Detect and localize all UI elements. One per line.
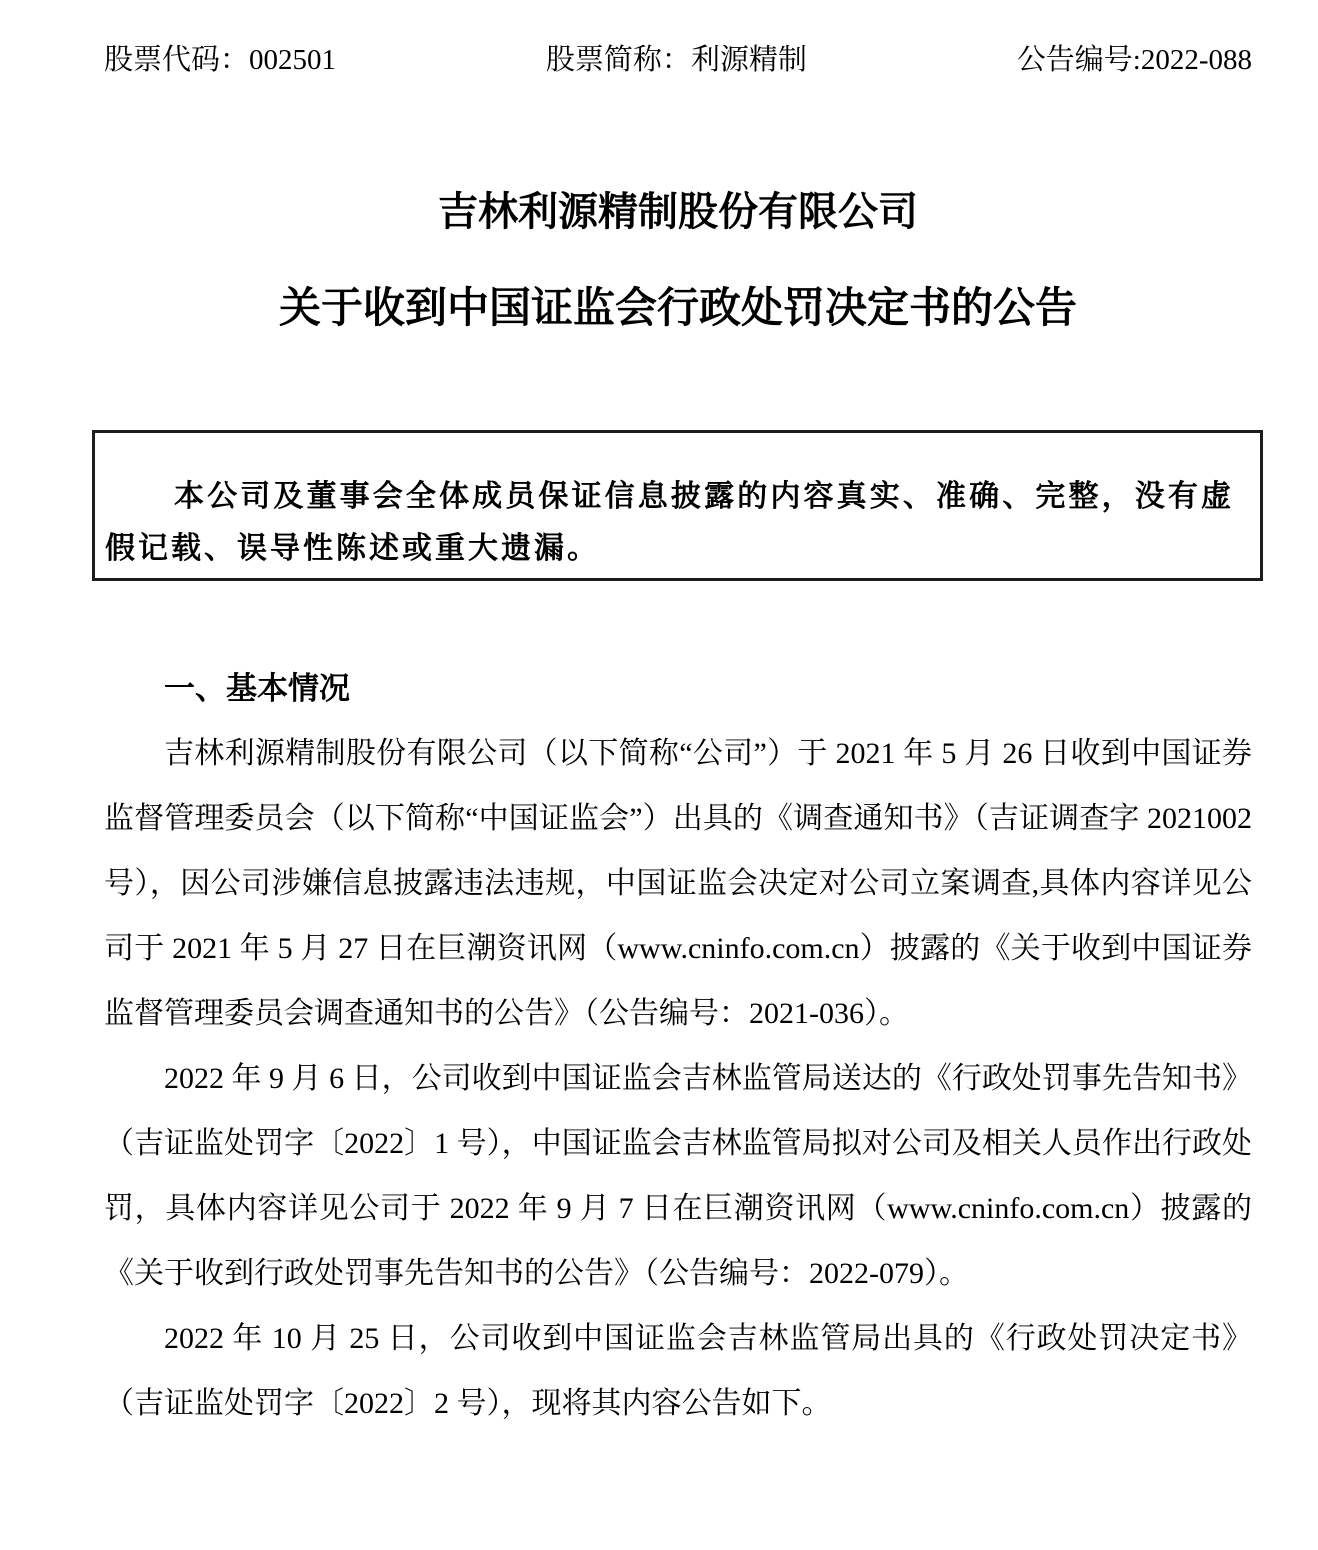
announcement-page: 股票代码：002501 股票简称：利源精制 公告编号:2022-088 吉林利源…: [0, 0, 1318, 1550]
disclaimer-text: 本公司及董事会全体成员保证信息披露的内容真实、准确、完整，没有虚假记载、误导性陈…: [105, 471, 1234, 575]
company-name-title: 吉林利源精制股份有限公司: [104, 188, 1252, 236]
paragraph-penalty-decision: 2022 年 10 月 25 日，公司收到中国证监会吉林监管局出具的《行政处罚决…: [104, 1306, 1252, 1436]
stock-short-name-label: 股票简称：利源精制: [546, 42, 807, 78]
announcement-number-label: 公告编号:2022-088: [1017, 42, 1252, 78]
stock-code-label: 股票代码：002501: [104, 42, 336, 78]
section-heading-basic-situation: 一、基本情况: [104, 669, 1252, 709]
announcement-subject-title: 关于收到中国证监会行政处罚决定书的公告: [104, 283, 1252, 333]
disclaimer-box: 本公司及董事会全体成员保证信息披露的内容真实、准确、完整，没有虚假记载、误导性陈…: [92, 430, 1263, 581]
paragraph-investigation-notice: 吉林利源精制股份有限公司（以下简称“公司”）于 2021 年 5 月 26 日收…: [104, 721, 1252, 1046]
doc-header: 股票代码：002501 股票简称：利源精制 公告编号:2022-088: [104, 42, 1252, 78]
paragraph-advance-penalty-notice: 2022 年 9 月 6 日，公司收到中国证监会吉林监管局送达的《行政处罚事先告…: [104, 1046, 1252, 1306]
